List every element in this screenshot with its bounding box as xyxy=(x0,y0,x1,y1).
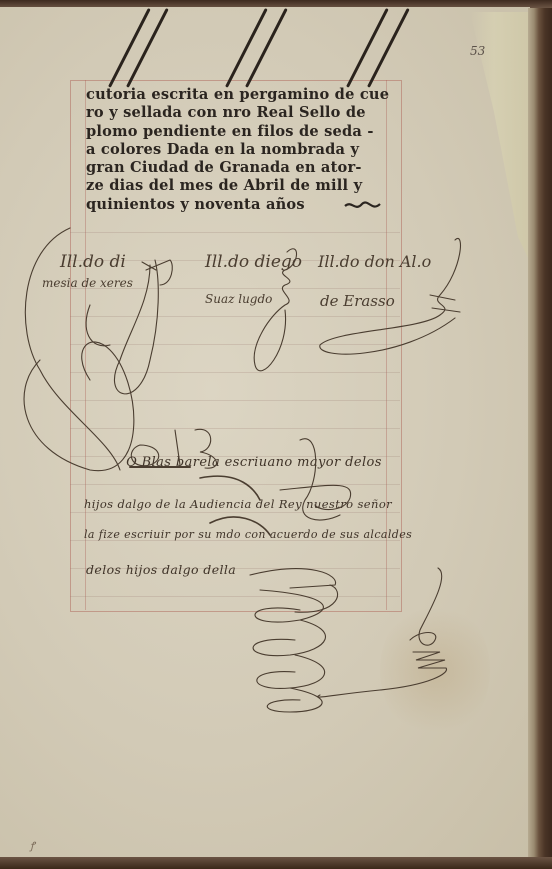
attestation-line: hijos dalgo de la Audiencia del Rey nues… xyxy=(84,497,392,511)
gothic-line: a colores Dada en la nombrada y xyxy=(86,141,396,159)
gothic-line: gran Ciudad de Granada en ator- xyxy=(86,159,396,177)
ruled-line xyxy=(70,484,400,485)
water-stain xyxy=(380,600,490,740)
attestation-line: delos hijos dalgo della xyxy=(86,562,236,577)
signature-left-title: Ill.do di xyxy=(60,252,126,272)
ruled-line xyxy=(70,316,400,317)
folio-number: 53 xyxy=(470,44,485,58)
binding-right-edge xyxy=(528,8,552,858)
attestation-line: Q Blas barela escriuano mayor delos xyxy=(126,455,382,470)
gothic-line: quinientos y noventa años xyxy=(86,196,396,214)
signature-left-name: mesia de xeres xyxy=(42,276,133,290)
ruled-line xyxy=(70,596,400,597)
ruled-line xyxy=(70,372,400,373)
signature-right-title: Ill.do don Al.o xyxy=(318,252,431,271)
signature-middle-name: Suaz lugdo xyxy=(205,292,272,306)
ruled-line xyxy=(70,344,400,345)
binding-bottom-edge xyxy=(0,857,552,869)
ruled-line xyxy=(70,400,400,401)
gothic-text-block: cutoria escrita en pergamino de cue ro y… xyxy=(86,86,396,214)
signature-right-name: de Erasso xyxy=(320,292,395,310)
corner-ink-mark: ꝭ xyxy=(30,838,35,852)
ruled-line xyxy=(70,428,400,429)
gothic-line: ze dias del mes de Abril de mill y xyxy=(86,177,396,195)
attestation-line: la fize escriuir por su mdo con acuerdo … xyxy=(84,528,412,541)
ruled-line xyxy=(70,232,400,233)
gothic-line: plomo pendiente en filos de seda - xyxy=(86,123,396,141)
gothic-line: ro y sellada con nro Real Sello de xyxy=(86,104,396,122)
signature-middle-title: Ill.do diego xyxy=(205,252,302,272)
ruled-line xyxy=(70,512,400,513)
gothic-line: cutoria escrita en pergamino de cue xyxy=(86,86,396,104)
